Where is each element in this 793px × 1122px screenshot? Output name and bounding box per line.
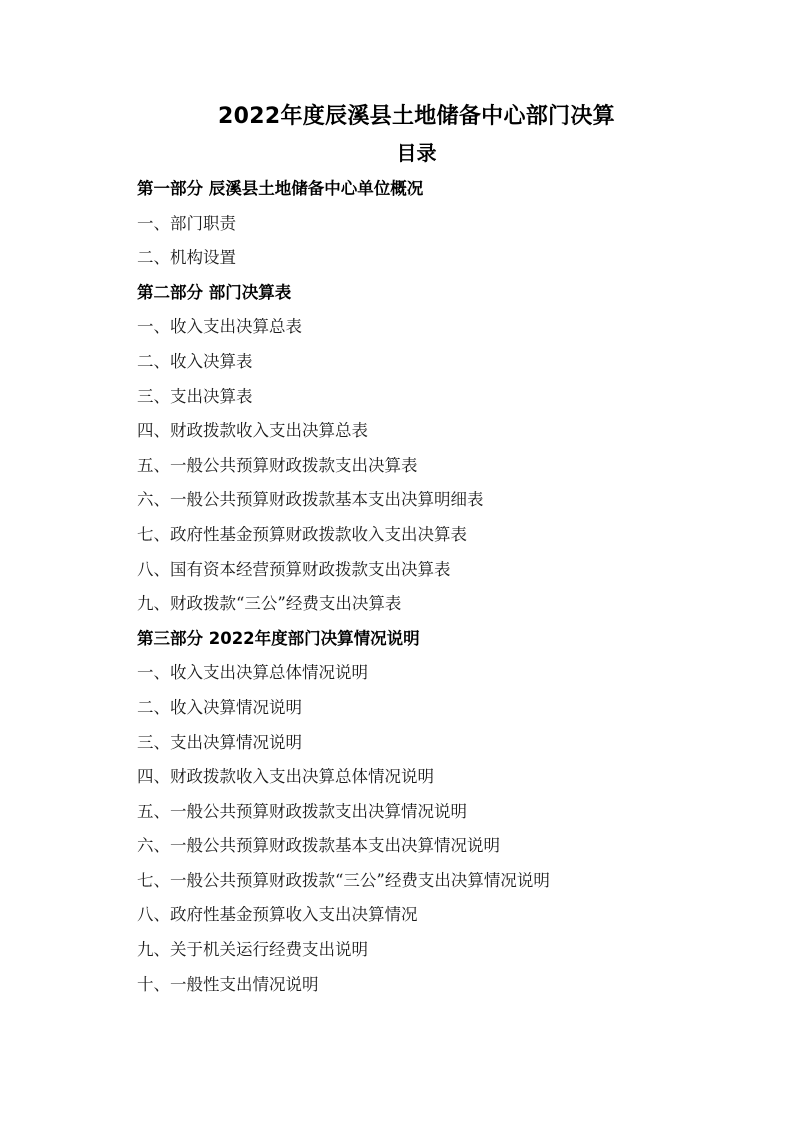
toc-item: 五、一般公共预算财政拨款支出决算情况说明 [137,797,697,832]
toc-item: 一、收入支出决算总体情况说明 [137,658,697,693]
toc-item: 二、收入决算情况说明 [137,693,697,728]
toc-item: 九、财政拨款“三公”经费支出决算表 [137,589,697,624]
toc-item: 四、财政拨款收入支出决算总表 [137,416,697,451]
toc-item: 七、政府性基金预算财政拨款收入支出决算表 [137,520,697,555]
toc-section-part-2: 第二部分 部门决算表 [137,278,697,313]
toc-item: 六、一般公共预算财政拨款基本支出决算情况说明 [137,831,697,866]
toc-item: 一、收入支出决算总表 [137,312,697,347]
toc-item: 八、政府性基金预算收入支出决算情况 [137,900,697,935]
toc-item: 五、一般公共预算财政拨款支出决算表 [137,451,697,486]
toc-item: 三、支出决算情况说明 [137,728,697,763]
toc-item: 九、关于机关运行经费支出说明 [137,935,697,970]
toc-item: 四、财政拨款收入支出决算总体情况说明 [137,762,697,797]
toc-item: 二、收入决算表 [137,347,697,382]
table-of-contents: 第一部分 辰溪县土地储备中心单位概况 一、部门职责 二、机构设置 第二部分 部门… [137,174,697,1004]
toc-item: 六、一般公共预算财政拨款基本支出决算明细表 [137,485,697,520]
toc-item: 一、部门职责 [137,209,697,244]
document-title: 2022年度辰溪县土地储备中心部门决算 [0,101,793,133]
toc-item: 八、国有资本经营预算财政拨款支出决算表 [137,555,697,590]
toc-item: 二、机构设置 [137,243,697,278]
toc-section-part-3: 第三部分 2022年度部门决算情况说明 [137,624,697,659]
toc-heading: 目录 [0,138,793,168]
toc-section-part-1: 第一部分 辰溪县土地储备中心单位概况 [137,174,697,209]
toc-item: 七、一般公共预算财政拨款“三公”经费支出决算情况说明 [137,866,697,901]
toc-item: 三、支出决算表 [137,382,697,417]
document-page: 2022年度辰溪县土地储备中心部门决算 目录 第一部分 辰溪县土地储备中心单位概… [0,0,793,1122]
toc-item: 十、一般性支出情况说明 [137,970,697,1005]
